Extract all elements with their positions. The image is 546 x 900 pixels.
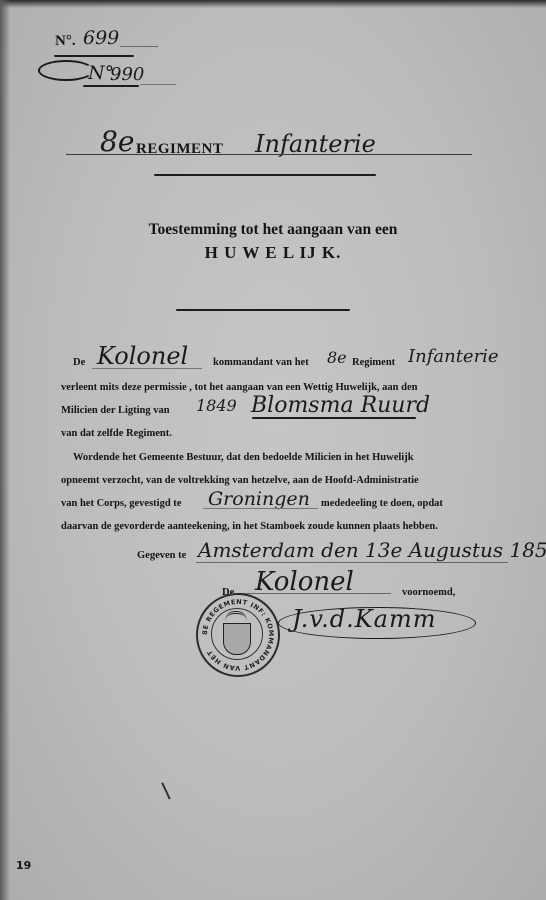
lion-shield-icon: [223, 623, 251, 655]
para2-line2: opneemt verzocht, van de voltrekking van…: [61, 475, 419, 486]
signer-rule: [237, 593, 391, 594]
para2-line1: Wordende het Gemeente Bestuur, dat den b…: [73, 452, 414, 463]
regiment-divider: [154, 174, 376, 176]
second-number-rule: [140, 84, 176, 85]
para2-line3-suffix: mededeeling te doen, opdat: [321, 498, 443, 509]
admin-city: Groningen: [208, 488, 310, 510]
signer-suffix: voornoemd,: [402, 587, 455, 598]
number-rule: [120, 46, 158, 47]
page-number: 19: [16, 859, 31, 872]
given-rule: [196, 562, 508, 563]
para2-line4: daarvan de gevorderde aanteekening, in h…: [61, 521, 438, 532]
number-value: 699: [83, 27, 119, 49]
milicien-name: Blomsma Ruurd: [251, 393, 430, 418]
body-rank: Kolonel: [97, 342, 188, 370]
second-number-value: 990: [110, 64, 144, 85]
regiment-rule: [66, 154, 472, 155]
title-line1: Toestemming tot het aangaan van een: [0, 221, 546, 239]
given-prefix: Gegeven te: [137, 550, 186, 561]
body-line1-prefix: De: [73, 357, 85, 368]
body-ordinal: 8e: [327, 348, 347, 367]
number-underline: [54, 55, 134, 57]
ink-mark: [161, 783, 170, 800]
city-rule: [203, 508, 318, 509]
body-line2: verleent mits deze permissie , tot het a…: [61, 382, 417, 393]
signature: J.v.d.Kamm: [292, 605, 436, 633]
name-underline: [252, 417, 416, 419]
flourish-icon: [38, 60, 94, 81]
given-place-date: Amsterdam den 13e Augustus 1853: [198, 538, 546, 562]
body-regiment: Regiment: [352, 357, 395, 368]
body-line3-prefix: Milicien der Ligting van: [61, 405, 170, 416]
number-label: N°.: [55, 33, 76, 50]
title-divider: [176, 309, 350, 311]
document-page: N°. 699 N°. 990 8e REGIMENT Infanterie T…: [0, 0, 546, 900]
regiment-label: REGIMENT: [136, 141, 223, 158]
body-line1-middle: kommandant van het: [213, 357, 309, 368]
levy-year: 1849: [196, 396, 237, 415]
title-line2: H U W E L IJ K.: [0, 243, 546, 263]
para2-line3-prefix: van het Corps, gevestigd te: [61, 498, 181, 509]
second-number-underline: [83, 85, 139, 87]
rank-rule: [92, 368, 202, 369]
body-branch: Infanterie: [408, 346, 499, 367]
regimental-seal-icon: 8E REGEMENT INF: KOMMANDANT VAN HET: [196, 593, 280, 677]
body-line4: van dat zelfde Regiment.: [61, 428, 172, 439]
